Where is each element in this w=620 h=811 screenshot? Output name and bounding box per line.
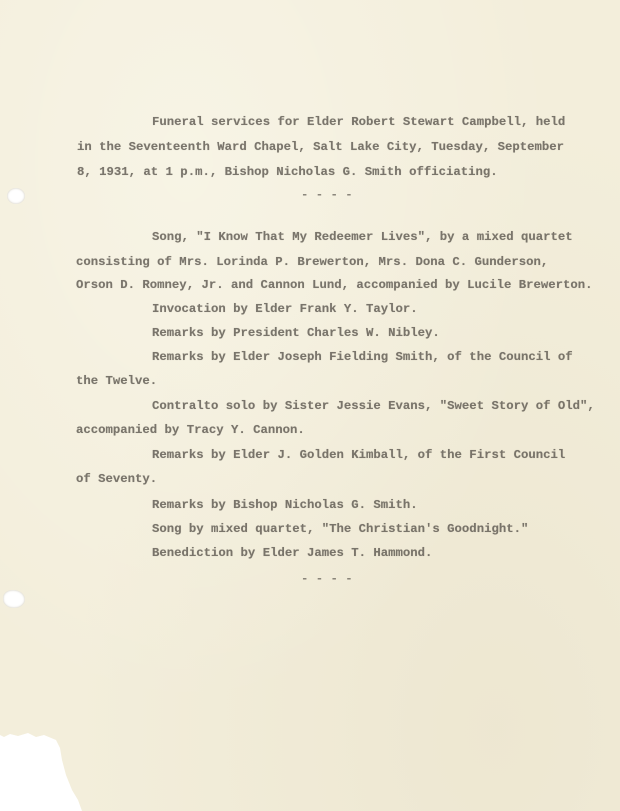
heading-line-2: in the Seventeenth Ward Chapel, Salt Lak…: [77, 140, 564, 154]
opening-song-line-2: consisting of Mrs. Lorinda P. Brewerton,…: [76, 255, 548, 269]
heading-line-3: 8, 1931, at 1 p.m., Bishop Nicholas G. S…: [77, 165, 498, 179]
remarks-bishop-line: Remarks by Bishop Nicholas G. Smith.: [152, 498, 418, 512]
contralto-solo-line-1: Contralto solo by Sister Jessie Evans, "…: [152, 399, 595, 413]
remarks-nibley-line: Remarks by President Charles W. Nibley.: [152, 326, 440, 340]
opening-song-line-1: Song, "I Know That My Redeemer Lives", b…: [152, 230, 573, 244]
punch-hole-top: [7, 188, 25, 204]
punch-hole-bottom: [3, 590, 25, 608]
remarks-kimball-line-2: of Seventy.: [76, 472, 157, 486]
benediction-line: Benediction by Elder James T. Hammond.: [152, 546, 432, 560]
remarks-smith-line-2: the Twelve.: [76, 374, 157, 388]
closing-song-line: Song by mixed quartet, "The Christian's …: [152, 522, 528, 536]
separator-bottom: - - - -: [301, 572, 353, 586]
invocation-line: Invocation by Elder Frank Y. Taylor.: [152, 302, 418, 316]
opening-song-line-3: Orson D. Romney, Jr. and Cannon Lund, ac…: [76, 278, 593, 292]
remarks-smith-line-1: Remarks by Elder Joseph Fielding Smith, …: [152, 350, 573, 364]
typewritten-page: Funeral services for Elder Robert Stewar…: [0, 0, 620, 811]
heading-line-1: Funeral services for Elder Robert Stewar…: [152, 115, 565, 129]
contralto-solo-line-2: accompanied by Tracy Y. Cannon.: [76, 423, 305, 437]
remarks-kimball-line-1: Remarks by Elder J. Golden Kimball, of t…: [152, 448, 565, 462]
separator-top: - - - -: [301, 188, 353, 202]
